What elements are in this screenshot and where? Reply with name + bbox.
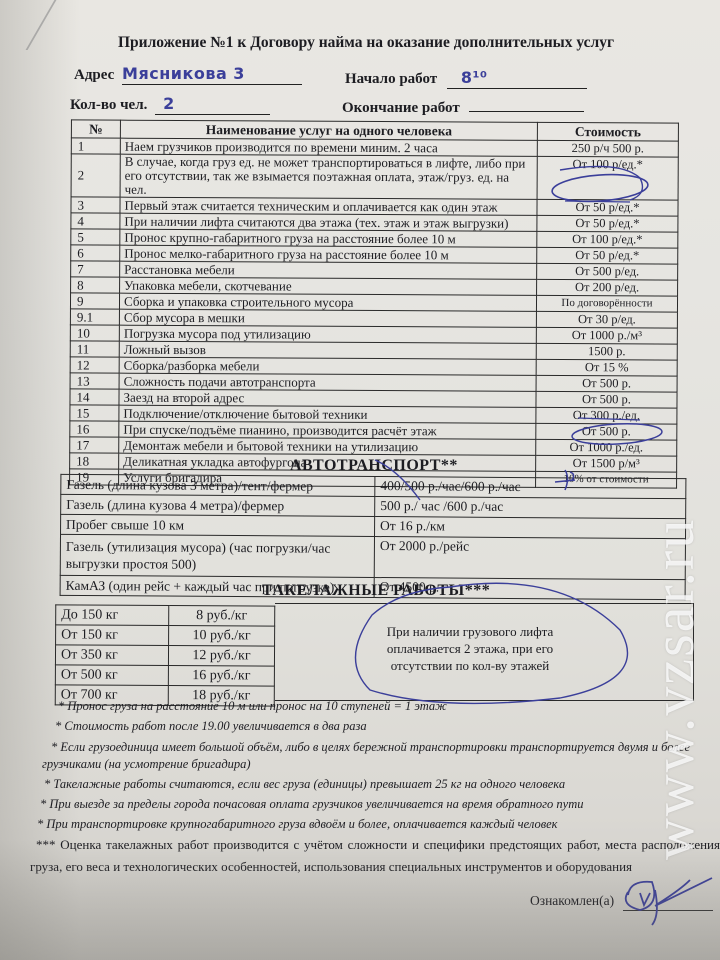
people-label: Кол-во чел. (70, 97, 147, 113)
transport-table-body: Газель (длина кузова 3 метра)/тент/ферме… (60, 474, 686, 599)
vehicle-price: От 2000 р./рейс (374, 537, 685, 580)
vehicle-name: Газель (длина кузова 4 метра)/фермер (61, 494, 375, 516)
service-price: 250 р/ч 500 р. (537, 140, 678, 157)
service-price: От 1500 р/м³ (536, 455, 677, 472)
service-price: 1500 р. (536, 343, 677, 360)
service-name: Ложный вызов (119, 341, 536, 359)
service-name: Пронос крупно-габаритного груза на расст… (120, 229, 537, 247)
rigging-weight: От 350 кг (55, 645, 168, 666)
rigging-price: 16 руб./кг (168, 666, 274, 687)
footnote-6: * При транспортировке крупногабаритного … (37, 817, 558, 832)
vehicle-name: Пробег свыше 10 км (61, 514, 375, 536)
service-price: По договорённости (536, 295, 677, 312)
service-name: При спуске/подъёме пианино, производится… (119, 421, 536, 439)
paper-fold (26, 0, 87, 50)
service-price: От 500 р. (536, 391, 677, 408)
vehicle-name: Газель (утилизация мусора) (час погрузки… (60, 534, 374, 577)
service-price: От 50 р/ед.* (537, 247, 678, 264)
rigging-price: 12 руб./кг (168, 646, 274, 667)
signature-ink (626, 878, 712, 925)
people-value: 2 (163, 94, 175, 113)
service-num: 11 (70, 341, 119, 357)
start-value: 8¹⁰ (461, 68, 488, 87)
service-price: От 15 % (536, 359, 677, 376)
services-table: № Наименование услуг на одного человека … (69, 119, 679, 488)
start-label: Начало работ (345, 71, 437, 87)
service-num: 9.1 (70, 309, 119, 325)
service-num: 16 (70, 421, 119, 437)
service-name: Сложность подачи автотранспорта (119, 373, 536, 391)
signature-line (623, 910, 713, 911)
service-price: От 300 р./ед. (536, 407, 677, 424)
rigging-row: До 150 кг8 руб./кг (56, 605, 275, 626)
service-num: 3 (71, 197, 120, 213)
service-name: Демонтаж мебели и бытовой техники на ути… (119, 437, 536, 455)
service-num: 4 (71, 213, 120, 229)
rigging-note: При наличии грузового лифта оплачивается… (380, 623, 560, 674)
service-price: От 1000 р./ед. (536, 439, 677, 456)
document-title: Приложение №1 к Договору найма на оказан… (118, 34, 614, 52)
rigging-price: 10 руб./кг (169, 626, 275, 647)
service-num: 13 (70, 373, 119, 389)
rigging-row: От 150 кг10 руб./кг (56, 625, 275, 646)
service-name: Сборка и упаковка строительного мусора (119, 293, 536, 311)
service-num: 14 (70, 389, 119, 405)
header-price: Стоимость (537, 122, 678, 141)
service-row: 2В случае, когда груз ед. не может транс… (71, 154, 678, 200)
rigging-footnote: *** Оценка такелажных работ производится… (30, 834, 720, 878)
service-price: От 200 р/ед. (537, 279, 678, 296)
address-value: Мясникова 3 (122, 64, 245, 83)
vehicle-name: Газель (длина кузова 3 метра)/тент/ферме… (61, 474, 375, 496)
service-num: 1 (71, 138, 120, 154)
service-name: В случае, когда груз ед. не может трансп… (120, 154, 537, 199)
footnote-3: * Если грузоединица имеет большой объём,… (51, 740, 690, 755)
service-price: От 500 р/ед. (537, 263, 678, 280)
service-price: От 1000 р./м³ (536, 327, 677, 344)
document-page: Приложение №1 к Договору найма на оказан… (0, 0, 720, 960)
services-table-body: 1Наем грузчиков производится по времени … (70, 138, 679, 488)
service-num: 5 (71, 229, 120, 245)
service-name: Пронос мелко-габаритного груза на рассто… (120, 245, 537, 263)
end-label: Окончание работ (342, 100, 460, 116)
footnote-1: * Пронос груза на расстояние 10 м или пр… (58, 699, 447, 714)
rigging-weight: От 500 кг (55, 665, 168, 686)
address-field: Адрес Мясникова 3 (74, 64, 302, 85)
service-name: Упаковка мебели, скотчевание (120, 277, 537, 295)
vehicle-price: От 16 р./км (375, 517, 686, 539)
service-price: От 50 р/ед.* (537, 215, 678, 232)
transport-heading: АВТОТРАНСПОРТ** (290, 457, 458, 475)
rigging-row: От 500 кг16 руб./кг (55, 665, 274, 686)
people-field: Кол-во чел. 2 (70, 94, 270, 115)
transport-row: Газель (утилизация мусора) (час погрузки… (60, 534, 685, 579)
service-name: Расстановка мебели (120, 261, 537, 279)
service-num: 18 (70, 453, 119, 469)
rigging-row: От 350 кг12 руб./кг (55, 645, 274, 666)
footnote-3-cont: грузчиками (на усмотрение бригадира) (42, 757, 251, 772)
rigging-table-body: До 150 кг8 руб./кгОт 150 кг10 руб./кгОт … (55, 605, 275, 706)
service-num: 2 (71, 154, 120, 197)
service-num: 12 (70, 357, 119, 373)
service-num: 8 (71, 277, 120, 293)
service-num: 7 (71, 261, 120, 277)
service-num: 17 (70, 437, 119, 453)
acknowledged-label: Ознакомлен(а) (530, 893, 614, 909)
service-name: Первый этаж считается техническим и опла… (120, 197, 537, 215)
header-service: Наименование услуг на одного человека (120, 120, 537, 140)
service-name: Заезд на второй адрес (119, 389, 536, 407)
vehicle-price: 400/500 р./час/600 р./час (375, 477, 686, 499)
rigging-price: 8 руб./кг (169, 606, 275, 627)
footnote-5: * При выезде за пределы города почасовая… (40, 797, 584, 812)
service-num: 10 (70, 325, 119, 341)
rigging-weight: До 150 кг (56, 605, 169, 626)
service-name: Подключение/отключение бытовой техники (119, 405, 536, 423)
watermark: www.vzsar.ru (640, 518, 707, 860)
service-price: От 50 р/ед.* (537, 199, 678, 216)
service-name: Сборка/разборка мебели (119, 357, 536, 375)
address-label: Адрес (74, 67, 114, 83)
service-price: От 100 р/ед.* (537, 156, 678, 200)
header-num: № (71, 120, 120, 138)
service-name: При наличии лифта считаются два этажа (т… (120, 213, 537, 231)
service-price: От 500 р. (536, 375, 677, 392)
footnote-4: * Такелажные работы считаются, если вес … (44, 777, 565, 792)
service-name: Погрузка мусора под утилизацию (119, 325, 536, 343)
service-num: 15 (70, 405, 119, 421)
service-price: От 100 р/ед.* (537, 231, 678, 248)
service-num: 6 (71, 245, 120, 261)
service-name: Сбор мусора в мешки (119, 309, 536, 327)
rigging-heading: ТАКЕЛАЖНЫЕ РАБОТЫ*** (262, 582, 490, 600)
footnote-2: * Стоимость работ после 19.00 увеличивае… (55, 719, 367, 734)
vehicle-price: 500 р./ час /600 р./час (375, 497, 686, 519)
rigging-table: До 150 кг8 руб./кгОт 150 кг10 руб./кгОт … (55, 604, 276, 706)
service-price: От 30 р/ед. (536, 311, 677, 328)
service-num: 9 (70, 293, 119, 309)
end-field: Окончание работ (342, 97, 584, 117)
rigging-weight: От 150 кг (56, 625, 169, 646)
service-price: От 500 р. (536, 423, 677, 440)
start-field: Начало работ 8¹⁰ (345, 68, 587, 89)
